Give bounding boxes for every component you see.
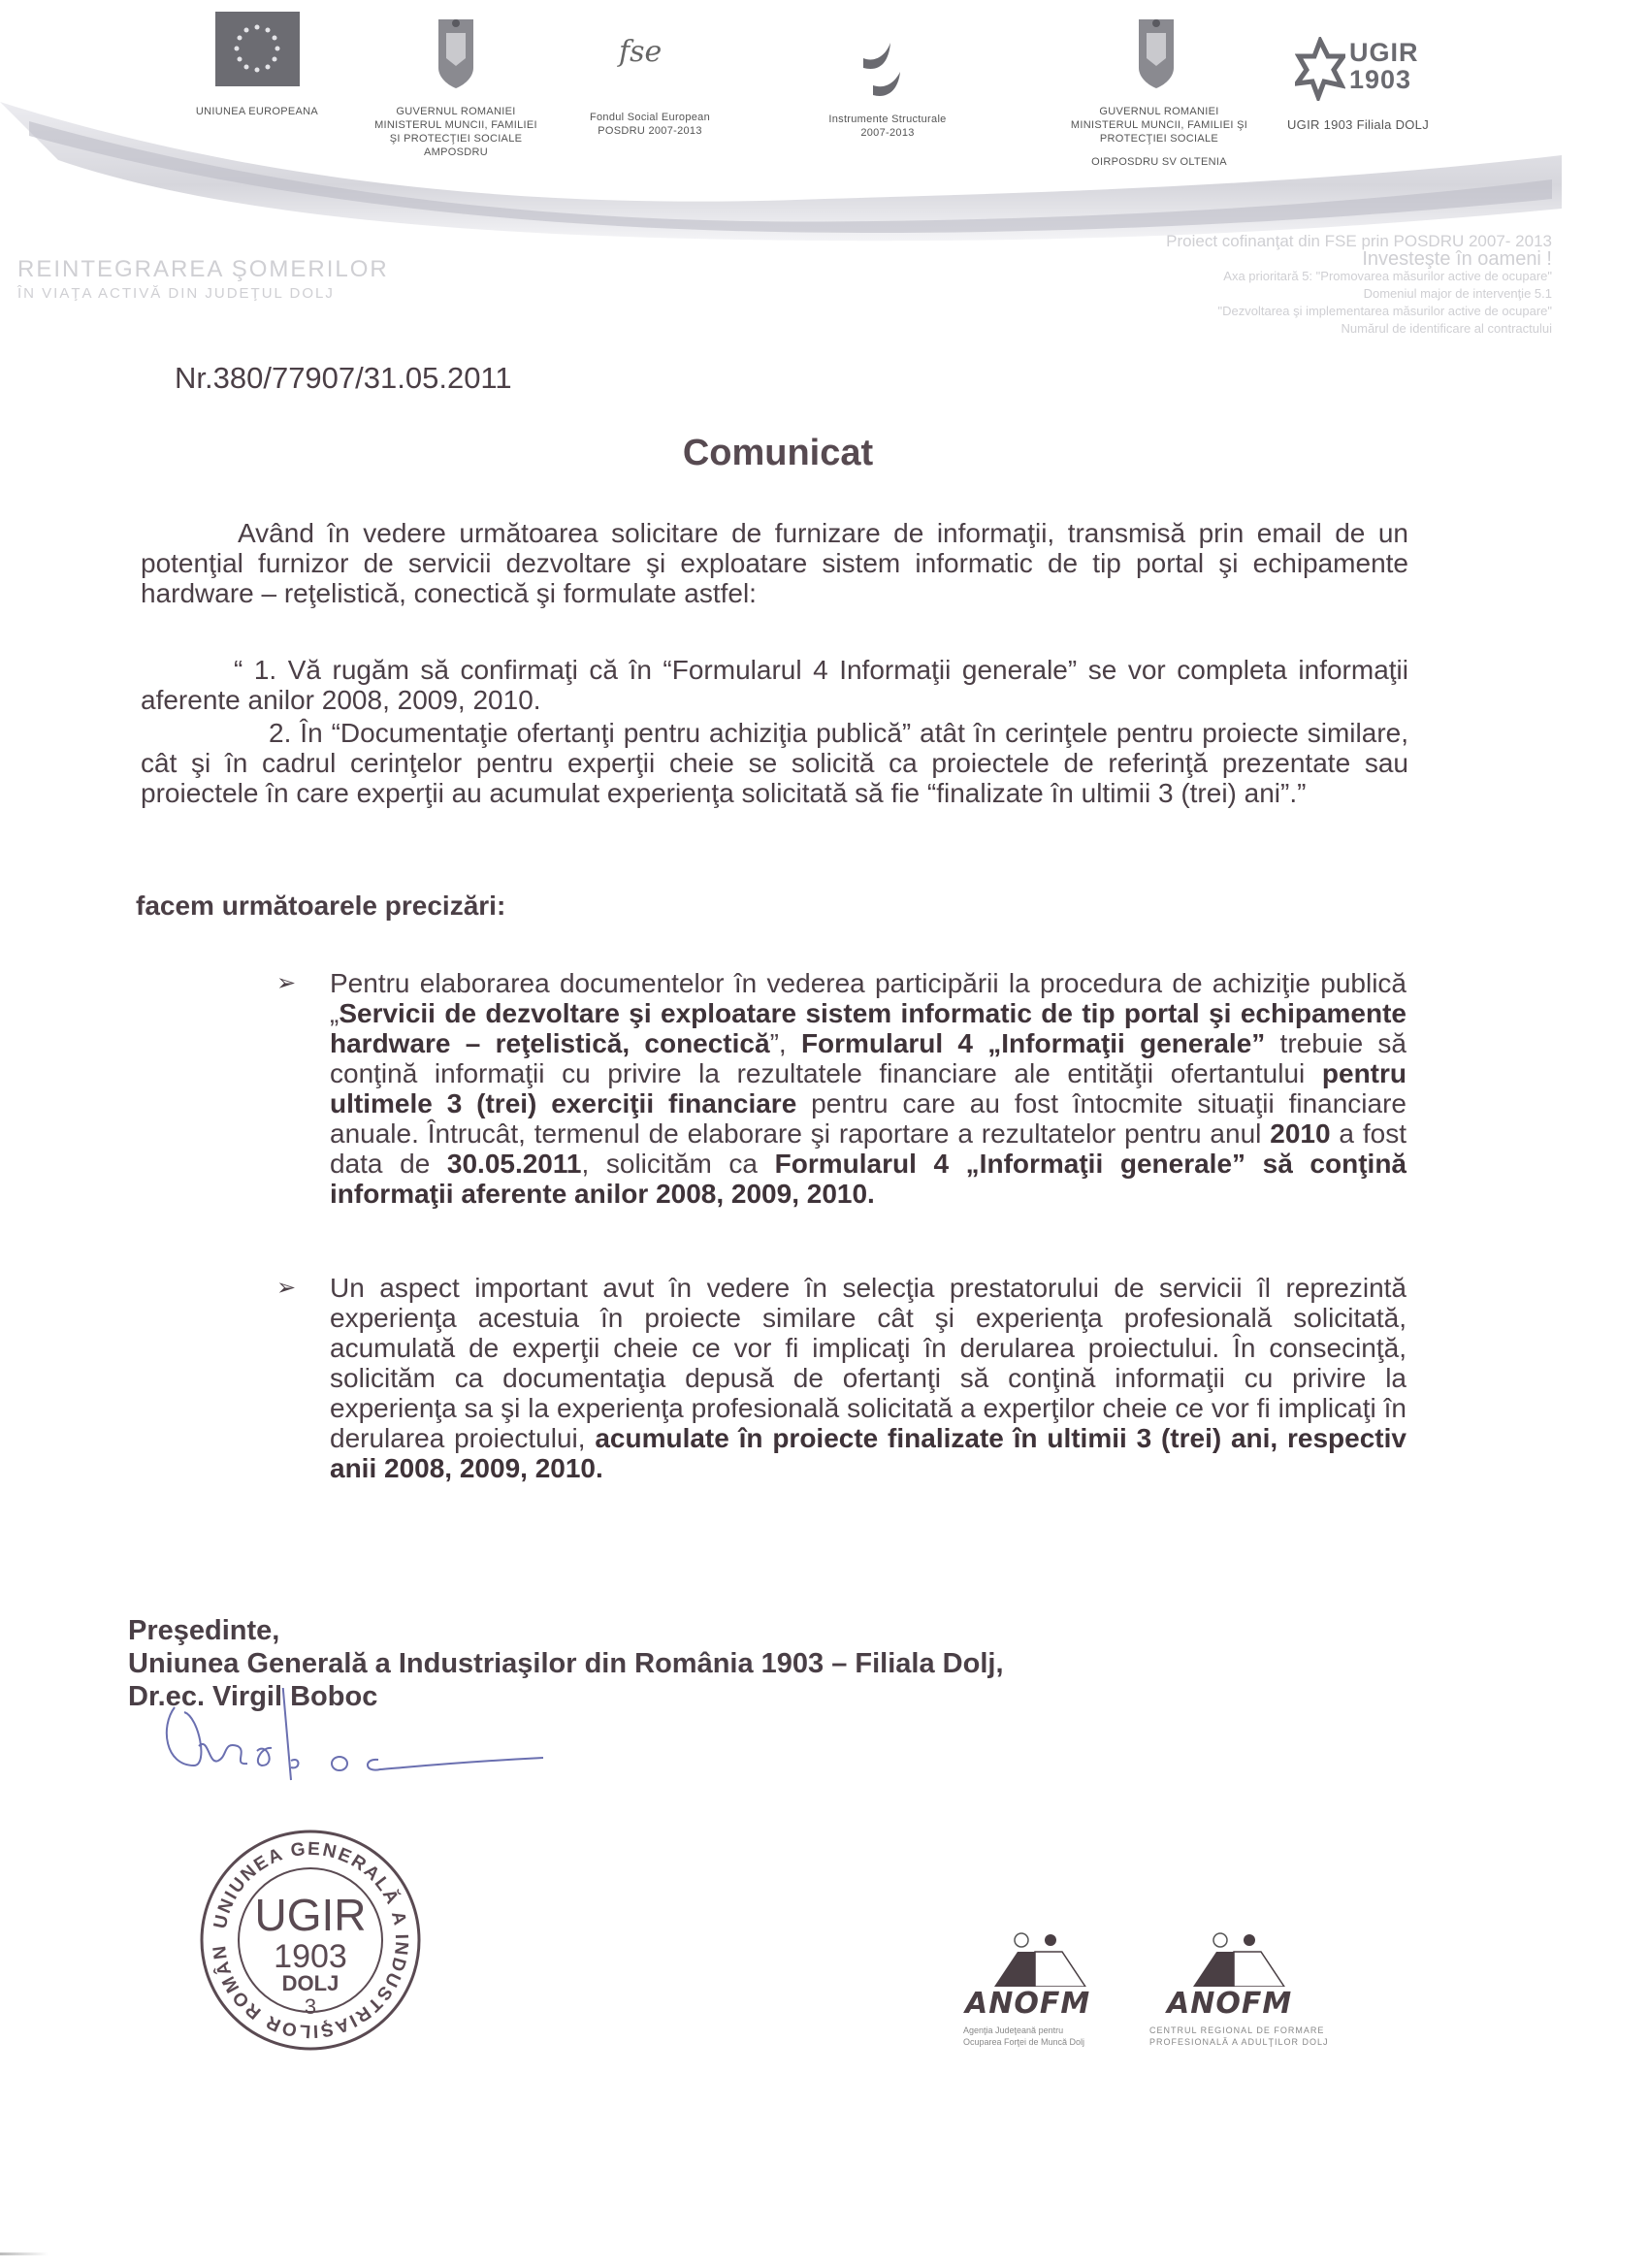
logo-label-eu: UNIUNEA EUROPEANA [175,105,339,118]
page-title: Comunicat [0,433,1556,474]
instrumente-structurale-icon [854,37,912,101]
intro-paragraph: Având în vedere următoarea solicitare de… [141,518,1408,608]
logo-label-govt-ampos: GUVERNUL ROMANIEI MINISTERUL MUNCII, FAM… [359,105,553,159]
romania-coat-of-arms-icon [1135,12,1178,89]
scan-edge-artifact [0,2252,48,2255]
quoted-request-item-1: “ 1. Vă rugăm să confirmaţi că în “Formu… [141,655,1408,715]
signatory-role: Preşedinte, [128,1614,1004,1647]
bullet-text: Un aspect important avut în vedere în se… [330,1273,1406,1483]
logo-label-ugir: UGIR 1903 Filiala DOLJ [1280,118,1436,132]
bullet-text: Pentru elaborarea documentelor în vedere… [330,968,1406,1209]
logo-label-govt-oirposdru: GUVERNUL ROMANIEI MINISTERUL MUNCII, FAM… [1057,105,1261,169]
stamp-center-ugir: UGIR [255,1890,367,1940]
arrow-bullet-icon: ➢ [276,968,296,998]
footer-logo-crfpa: ANOFM CENTRUL REGIONAL DE FORMARE PROFES… [1140,1932,1363,2048]
project-title: REINTEGRAREA ŞOMERILOR ÎN VIAŢA ACTIVĂ D… [17,256,389,302]
list-item: ➢ Pentru elaborarea documentelor în vede… [276,968,1406,1269]
reference-number: Nr.380/77907/31.05.2011 [175,361,512,396]
svg-text:DOLJ: DOLJ [282,1971,339,1995]
eu-flag-icon [215,12,300,86]
logo-govt-ampos [435,12,477,89]
logo-label-fse: Fondul Social European POSDRU 2007-2013 [572,111,727,138]
list-item: ➢ Un aspect important avut în vedere în … [276,1273,1406,1525]
quoted-request-item-2: 2. În “Documentaţie ofertanţi pentru ach… [141,718,1408,808]
organization-stamp: UNIUNEA GENERALĂ A INDUSTRIAŞILOR ROMÂNI… [194,1824,427,2057]
footer-logo-ajofm: ANOFM Agenţia Judeţeană pentru Ocuparea … [955,1932,1120,2048]
svg-text:1903: 1903 [274,1938,347,1975]
logo-instrumente [854,37,912,101]
anofm-logo-icon [1183,1932,1290,1987]
handwritten-signature [155,1688,621,1785]
logo-fse: fse [619,35,677,74]
logo-govt-oirposdru [1135,12,1178,89]
anofm-logo-icon [985,1932,1091,1987]
signatory-organization: Uniunea Generală a Industriaşilor din Ro… [128,1647,1004,1680]
logo-eu [215,12,300,86]
project-cofinancing-info: Proiect cofinanţat din FSE prin POSDRU 2… [1106,233,1552,338]
logo-ugir: UGIR 1903 [1295,37,1431,101]
fse-logo-icon: fse [619,35,662,69]
arrow-bullet-icon: ➢ [276,1273,296,1303]
svg-text:3: 3 [305,1994,316,2019]
romania-coat-of-arms-icon [435,12,477,89]
clarifications-heading: facem următoarele precizări: [136,891,505,922]
ugir-logo-icon [1295,37,1345,101]
logo-label-instrumente: Instrumente Structurale 2007-2013 [815,113,960,140]
